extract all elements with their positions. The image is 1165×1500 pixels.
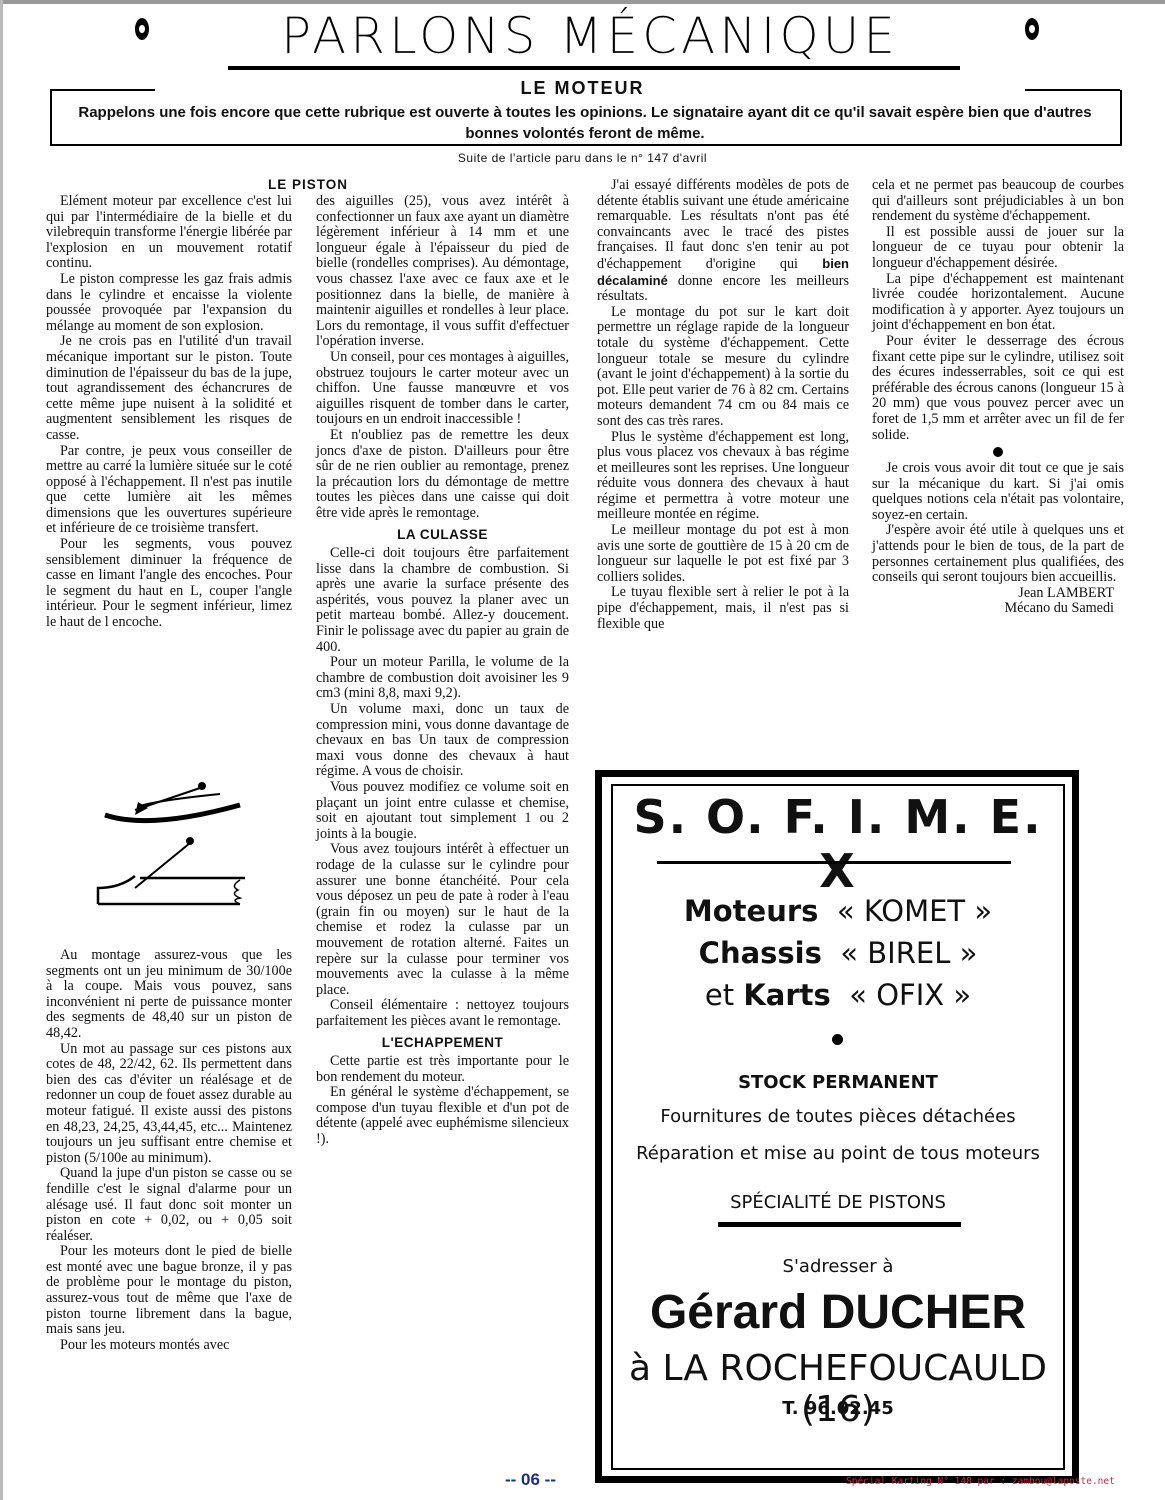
- paragraph: Quand la jupe d'un piston se casse ou se…: [46, 1166, 292, 1244]
- paragraph: Un mot au passage sur ces pistons aux co…: [46, 1042, 292, 1167]
- author-title: Mécano du Samedi: [872, 601, 1124, 617]
- product-prefix: et: [705, 978, 734, 1012]
- page-number: -- 06 --: [505, 1470, 556, 1490]
- heading-culasse: LA CULASSE: [316, 527, 569, 543]
- paragraph: Vous pouvez modifiez ce volume soit en p…: [316, 780, 569, 842]
- text: J'ai essayé différents modèles de pots d…: [597, 177, 849, 272]
- product-kind: Karts: [743, 978, 830, 1012]
- paragraph: Pour les moteurs dont le pied de bielle …: [46, 1244, 292, 1338]
- paragraph: Le piston compresse les gaz frais admis …: [46, 272, 292, 334]
- intro-text: Rappelons une fois encore que cette rubr…: [52, 102, 1118, 144]
- masthead: PARLONS MÉCANIQUE: [100, 6, 1080, 72]
- paragraph: des aiguilles (25), vous avez intérêt à …: [316, 194, 569, 350]
- paragraph: J'ai essayé différents modèles de pots d…: [597, 178, 849, 305]
- ad-line-parts: Fournitures de toutes pièces détachées: [611, 1106, 1065, 1127]
- paragraph: Celle-ci doit toujours être parfaitement…: [316, 546, 569, 655]
- product-name: « OFIX »: [849, 978, 971, 1012]
- paragraph: Par contre, je peux vous conseiller de m…: [46, 444, 292, 538]
- paragraph: Et n'oubliez pas de remettre les deux jo…: [316, 428, 569, 522]
- product-kind: Chassis: [699, 936, 822, 970]
- ad-phone: T. 96.02.45: [611, 1398, 1065, 1419]
- paragraph: Vous avez toujours intérêt à effectuer u…: [316, 842, 569, 998]
- paragraph: J'espère avoir été utile à quelques uns …: [872, 523, 1124, 585]
- ad-contact-name: Gérard DUCHER: [611, 1285, 1065, 1340]
- piston-ring-diagram: [80, 780, 250, 910]
- paragraph: cela et ne permet pas beaucoup de courbe…: [872, 178, 1124, 225]
- paragraph: Un conseil, pour ces montages à aiguille…: [316, 350, 569, 428]
- paragraph: Pour éviter le desserrage des écrous fix…: [872, 334, 1124, 443]
- ad-specialty-rule: [718, 1222, 961, 1227]
- column-1: Elément moteur par excellence c'est lui …: [46, 194, 292, 631]
- ad-products: Moteurs « KOMET » Chassis « BIREL » et K…: [611, 890, 1065, 1016]
- paragraph: Le meilleur montage du pot est à mon avi…: [597, 523, 849, 585]
- paragraph: Cette partie est très importante pour le…: [316, 1054, 569, 1085]
- left-border: [0, 0, 3, 1500]
- product-name: « KOMET »: [837, 894, 992, 928]
- title-rule: [228, 66, 960, 70]
- ad-rule: [657, 861, 1011, 864]
- column-2: des aiguilles (25), vous avez intérêt à …: [316, 194, 569, 1148]
- paragraph: Je ne crois pas en l'utilité d'un travai…: [46, 334, 292, 443]
- product-line: Moteurs « KOMET »: [611, 890, 1065, 932]
- heading-piston: LE PISTON: [268, 177, 348, 192]
- paragraph: Un volume maxi, donc un taux de compress…: [316, 702, 569, 780]
- ad-brand: S. O. F. I. M. E. X: [611, 790, 1065, 898]
- ad-bullet-icon: [832, 1034, 843, 1045]
- paragraph: En général le système d'échappement, se …: [316, 1085, 569, 1147]
- page-title: PARLONS MÉCANIQUE: [100, 6, 1080, 66]
- paragraph: Le montage du pot sur le kart doit perme…: [597, 305, 849, 430]
- paragraph: Le tuyau flexible sert à relier le pot à…: [597, 585, 849, 632]
- paragraph: Pour les segments, vous pouvez sensiblem…: [46, 537, 292, 631]
- section-title: LE MOTEUR: [0, 78, 1165, 99]
- credit-line: Spécial Karting N° 148 par : zambou@lapo…: [846, 1476, 1115, 1487]
- product-name: « BIREL »: [840, 936, 977, 970]
- product-kind: Moteurs: [684, 894, 819, 928]
- paragraph: Conseil élémentaire : nettoyez toujours …: [316, 998, 569, 1029]
- paragraph: Il est possible aussi de jouer sur la lo…: [872, 225, 1124, 272]
- paragraph: Je crois vous avoir dit tout ce que je s…: [872, 461, 1124, 523]
- paragraph: Au montage assurez-vous que les segments…: [46, 948, 292, 1042]
- top-border: [0, 0, 1165, 4]
- bullet-separator-icon: [993, 447, 1003, 457]
- column-1-lower: Au montage assurez-vous que les segments…: [46, 948, 292, 1353]
- continuation-note: Suite de l'article paru dans le n° 147 d…: [0, 151, 1165, 165]
- paragraph: Pour les moteurs montés avec: [46, 1338, 292, 1354]
- ad-stock: STOCK PERMANENT: [611, 1072, 1065, 1093]
- paragraph: Elément moteur par excellence c'est lui …: [46, 194, 292, 272]
- ad-address-label: S'adresser à: [611, 1256, 1065, 1277]
- ad-specialty: SPÉCIALITÉ DE PISTONS: [611, 1192, 1065, 1213]
- heading-echappement: L'ECHAPPEMENT: [316, 1035, 569, 1051]
- ad-line-repair: Réparation et mise au point de tous mote…: [611, 1143, 1065, 1164]
- product-line: et Karts « OFIX »: [611, 974, 1065, 1016]
- paragraph: Pour un moteur Parilla, le volume de la …: [316, 655, 569, 702]
- column-3: J'ai essayé différents modèles de pots d…: [597, 178, 849, 632]
- product-line: Chassis « BIREL »: [611, 932, 1065, 974]
- paragraph: La pipe d'échappement est maintenant liv…: [872, 272, 1124, 334]
- column-4: cela et ne permet pas beaucoup de courbe…: [872, 178, 1124, 617]
- paragraph: Plus le système d'échappement est long, …: [597, 430, 849, 524]
- author-name: Jean LAMBERT: [872, 586, 1124, 602]
